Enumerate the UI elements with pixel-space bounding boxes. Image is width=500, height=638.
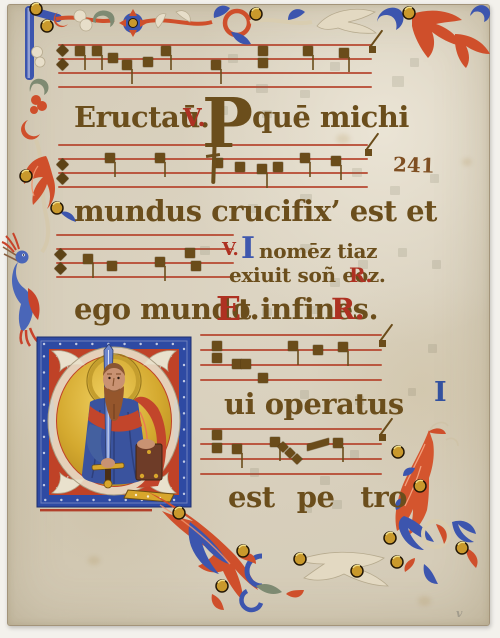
syllable-tro: tro <box>360 480 407 514</box>
chant-text-mundus-crucifixus: mundus crucifix’ est et <box>74 197 437 226</box>
margin-letter-i: I <box>434 379 447 406</box>
folio-number: 241 <box>393 154 435 175</box>
rubric-line-in-omnem: nomēz tiaz <box>259 241 377 261</box>
chant-text-ui-operatus: ui operatus <box>224 390 404 419</box>
blue-initial-i: I <box>241 234 255 264</box>
initial-letter-p: P <box>202 90 251 158</box>
pencil-corner-mark: v <box>456 608 462 619</box>
syllable-est: est <box>228 480 275 514</box>
chant-text-est-petro: estpetro <box>228 483 407 512</box>
chant-text-quem-michi: quē michi <box>252 103 409 132</box>
response-mark-small: R. <box>349 265 372 285</box>
manuscript-photograph: Eructaū. V. P quē michi mundus crucifix’… <box>0 0 500 638</box>
syllable-pe: pe <box>297 480 335 514</box>
response-mark: R. <box>331 295 364 324</box>
chant-text-layer: Eructaū. V. P quē michi mundus crucifix’… <box>0 0 500 638</box>
initial-p-descender <box>211 138 217 184</box>
versicle-mark-small: V. <box>222 241 239 259</box>
